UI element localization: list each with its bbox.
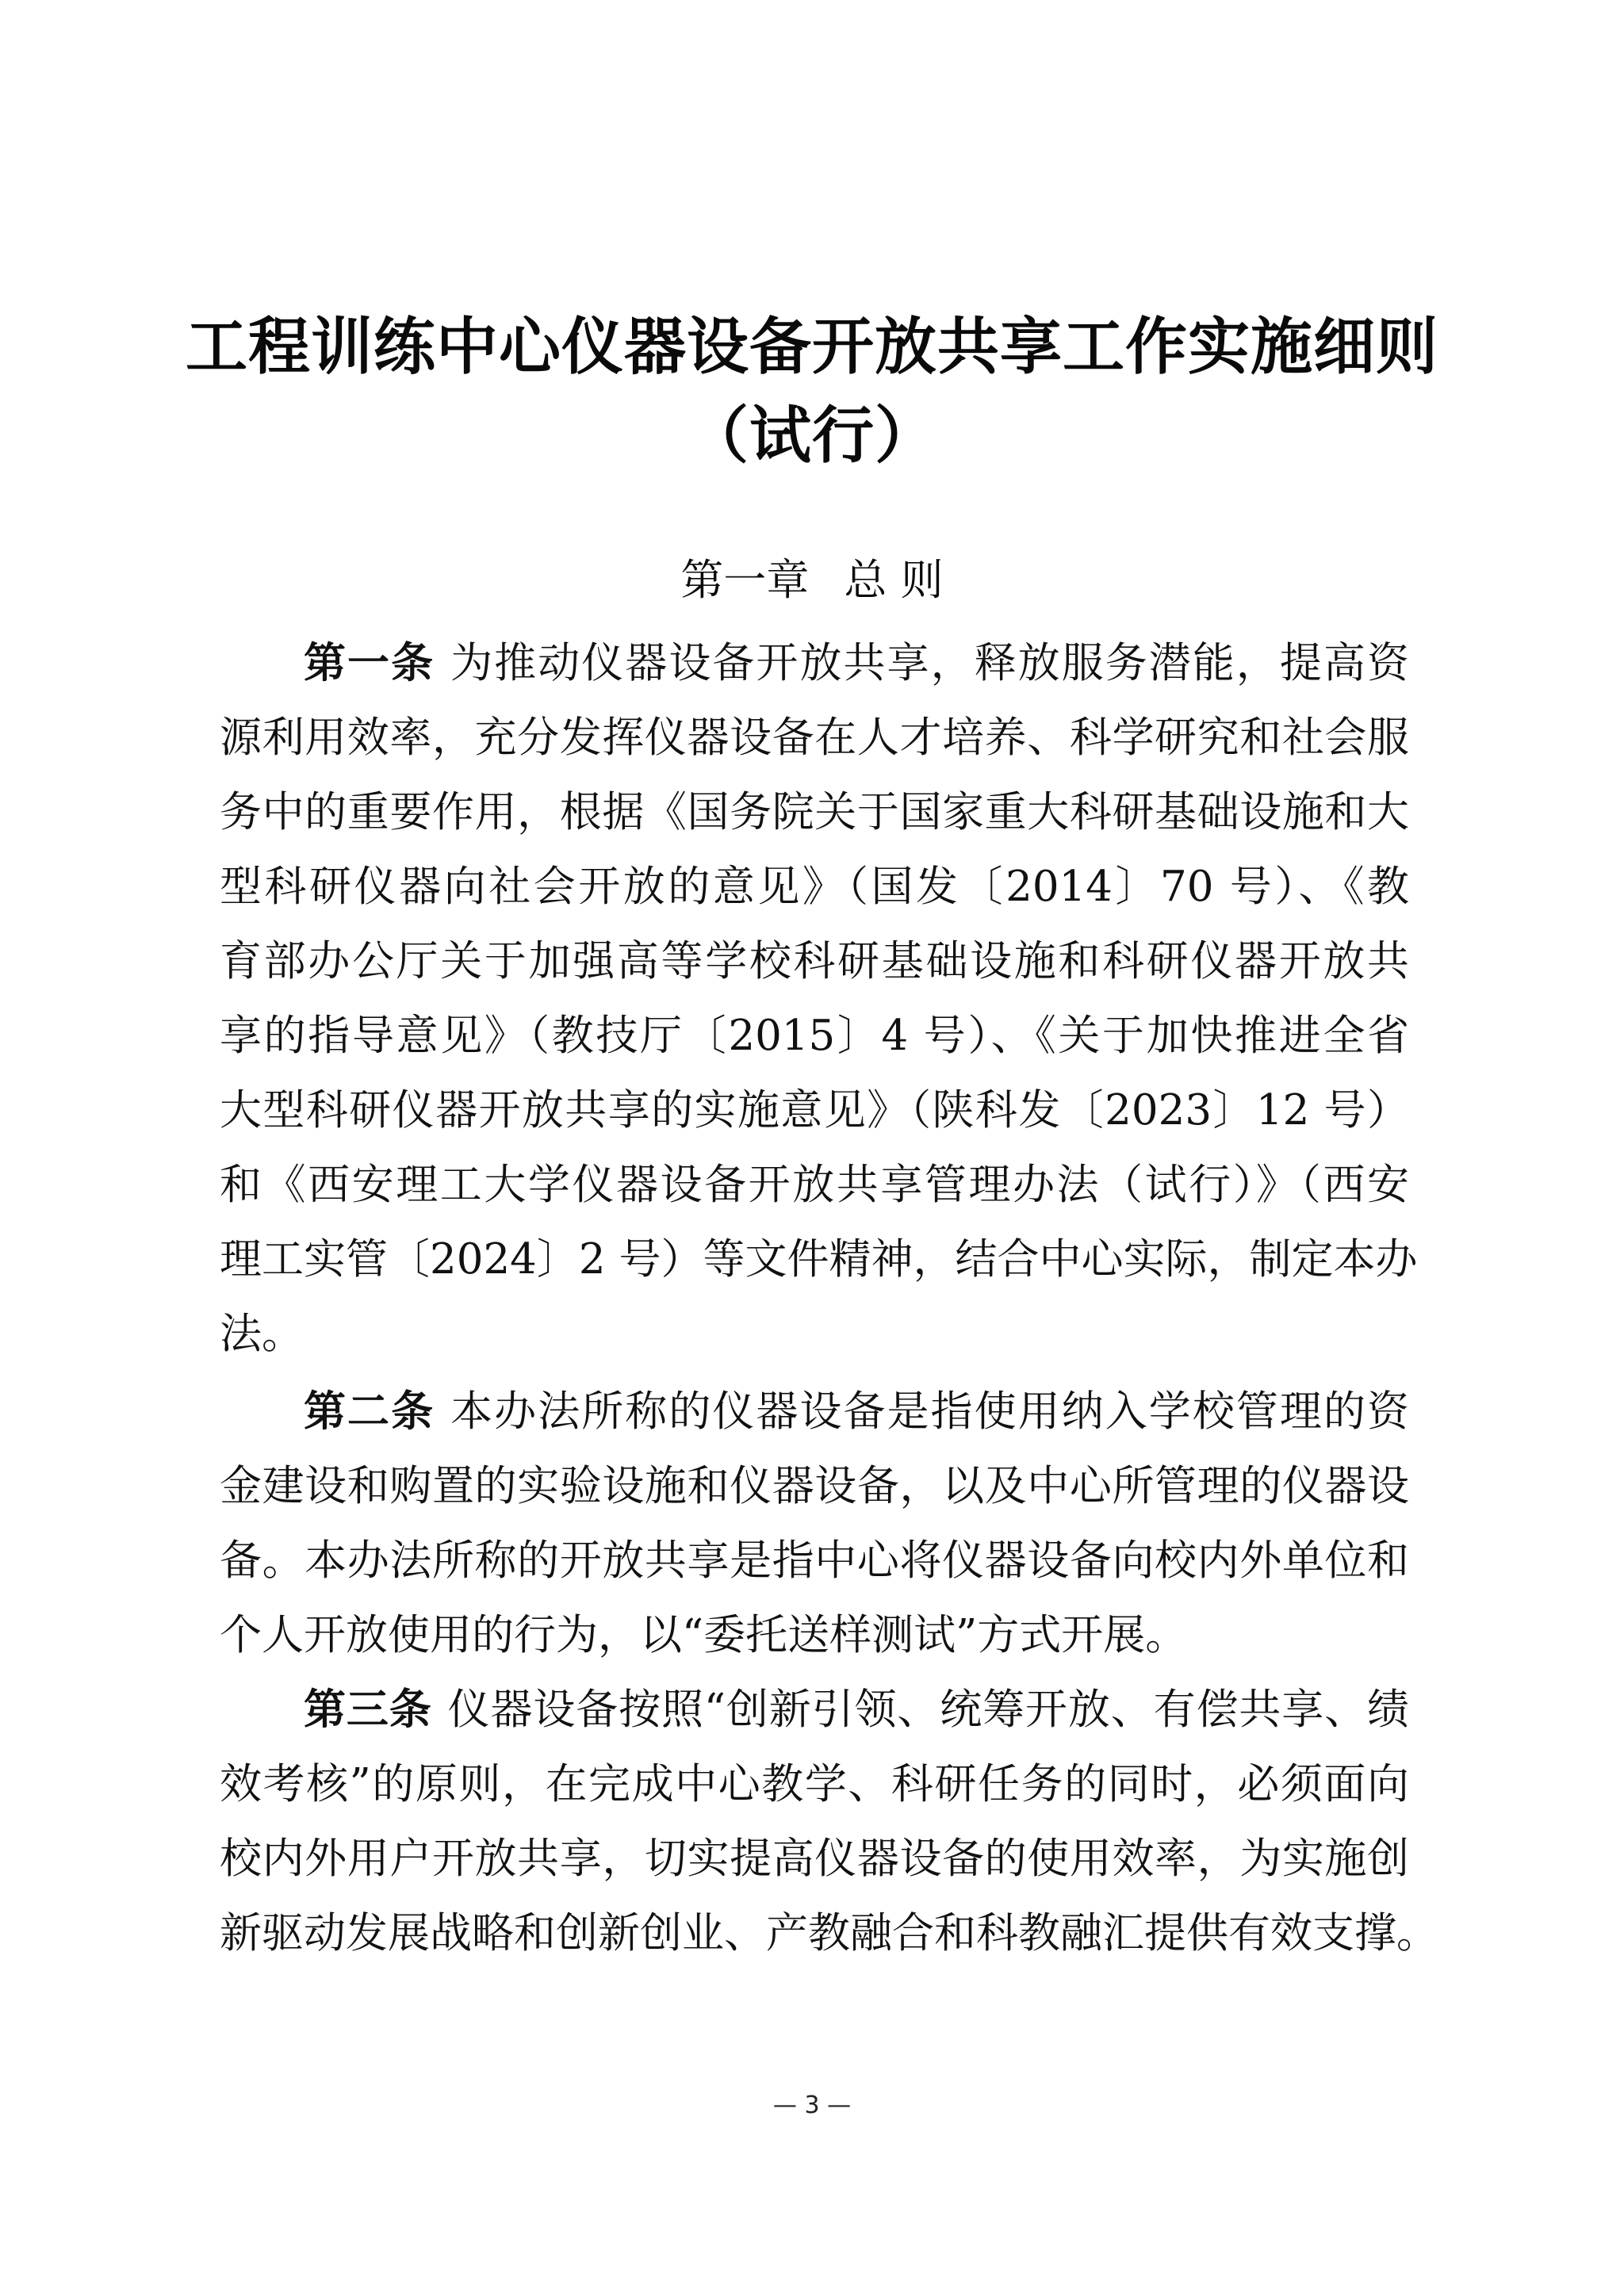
paragraph-line: 个人开放使用的行为，以“委托送样测试”方式开展。	[220, 1598, 1409, 1673]
chapter-name: 总 则	[844, 555, 943, 605]
paragraph-line: 务中的重要作用，根据《国务院关于国家重大科研基础设施和大	[220, 775, 1409, 850]
article-label: 第三条	[304, 1686, 432, 1734]
document-page: 工程训练中心仪器设备开放共享工作实施细则 （试行） 第一章总 则 第一条为推动仪…	[0, 0, 1624, 2296]
paragraph-line: 源利用效率，充分发挥仪器设备在人才培养、科学研究和社会服	[220, 701, 1409, 775]
page-number: — 3 —	[0, 2090, 1624, 2122]
paragraph-line: 第三条仪器设备按照“创新引领、统筹开放、有偿共享、绩	[304, 1673, 1409, 1747]
paragraph-line: 大型科研仪器开放共享的实施意见》（陕科发〔2023〕12 号）	[220, 1073, 1409, 1148]
paragraph-line: 第一条为推动仪器设备开放共享，释放服务潜能，提高资	[304, 626, 1409, 701]
paragraph-line: 型科研仪器向社会开放的意见》（国发〔2014〕70 号）、《教	[220, 850, 1409, 924]
paragraph-line: 效考核”的原则，在完成中心教学、科研任务的同时，必须面向	[220, 1747, 1409, 1822]
paragraph-line: 金建设和购置的实验设施和仪器设备，以及中心所管理的仪器设	[220, 1449, 1409, 1524]
paragraph-line: 第二条本办法所称的仪器设备是指使用纳入学校管理的资	[304, 1375, 1409, 1449]
article-label: 第二条	[304, 1387, 435, 1436]
chapter-heading: 第一章总 则	[0, 549, 1624, 612]
paragraph-line: 新驱动发展战略和创新创业、产教融合和科教融汇提供有效支撑。	[220, 1896, 1409, 1971]
paragraph-line: 校内外用户开放共享，切实提高仪器设备的使用效率，为实施创	[220, 1822, 1409, 1896]
paragraph-line: 和《西安理工大学仪器设备开放共享管理办法（试行）》（西安	[220, 1148, 1409, 1223]
paragraph-line: 理工实管〔2024〕2 号）等文件精神，结合中心实际，制定本办	[220, 1223, 1409, 1297]
document-title: 工程训练中心仪器设备开放共享工作实施细则	[0, 308, 1624, 387]
chapter-number: 第一章	[680, 555, 809, 605]
article-label: 第一条	[304, 639, 435, 687]
paragraph-line: 法。	[220, 1297, 1409, 1372]
paragraph-line: 备。本办法所称的开放共享是指中心将仪器设备向校内外单位和	[220, 1524, 1409, 1598]
document-title-subtitle: （试行）	[0, 396, 1624, 476]
paragraph-line: 享的指导意见》（教技厅〔2015〕4 号）、《关于加快推进全省	[220, 999, 1409, 1073]
paragraph-line: 育部办公厅关于加强高等学校科研基础设施和科研仪器开放共	[220, 924, 1409, 999]
